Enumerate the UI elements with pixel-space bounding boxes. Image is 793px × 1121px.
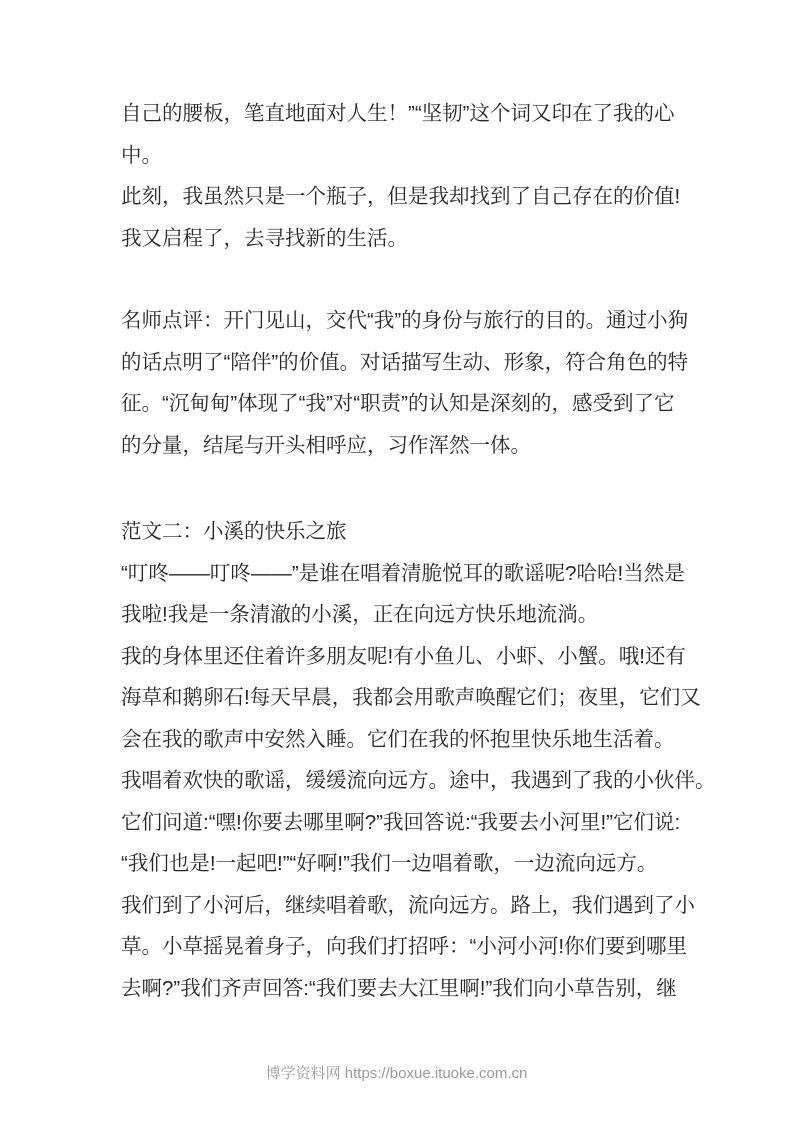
paragraph-essay1-ending: 自己的腰板，笔直地面对人生！”“坚韧”这个词又印在了我的心中。此刻，我虽然只是一… [121, 93, 681, 259]
paragraph-teacher-comment: 名师点评：开门见山，交代“我”的身份与旅行的目的。通过小狗的话点明了“陪伴”的价… [121, 300, 681, 466]
text-line: 的话点明了“陪伴”的价值。对话描写生动、形象，符合角色的特 [121, 342, 681, 384]
text-line: “叮咚——叮咚——”是谁在唱着清脆悦耳的歌谣呢?哈哈!当然是 [121, 553, 681, 595]
text-line: 我啦!我是一条清澈的小溪，正在向远方快乐地流淌。 [121, 594, 681, 636]
text-line: 的分量，结尾与开头相呼应，习作浑然一体。 [121, 425, 681, 467]
text-line: 中。 [121, 135, 681, 177]
text-line: 去啊?”我们齐声回答:“我们要去大江里啊!”我们向小草告别，继 [121, 968, 681, 1010]
text-line: 海草和鹅卵石!每天早晨，我都会用歌声唤醒它们；夜里，它们又 [121, 677, 681, 719]
text-line: 我的身体里还住着许多朋友呢!有小鱼儿、小虾、小蟹。哦!还有 [121, 636, 681, 678]
text-line: 自己的腰板，笔直地面对人生！”“坚韧”这个词又印在了我的心 [121, 93, 681, 135]
footer-watermark: 博学资料网 https://boxue.ituoke.com.cn [0, 1062, 793, 1086]
text-line: “我们也是!一起吧!”“好啊!”我们一边唱着歌，一边流向远方。 [121, 843, 681, 885]
text-line: 此刻，我虽然只是一个瓶子，但是我却找到了自己存在的价值! [121, 176, 681, 218]
text-line: 征。“沉甸甸”体现了“我”对“职责”的认知是深刻的，感受到了它 [121, 383, 681, 425]
section-essay2: 范文二：小溪的快乐之旅“叮咚——叮咚——”是谁在唱着清脆悦耳的歌谣呢?哈哈!当然… [121, 511, 681, 1009]
footer-url: https://boxue.ituoke.com.cn [345, 1065, 528, 1082]
text-line: 我又启程了，去寻找新的生活。 [121, 218, 681, 260]
text-line: 草。小草摇晃着身子，向我们打招呼：“小河小河!你们要到哪里 [121, 926, 681, 968]
text-line: 我们到了小河后，继续唱着歌，流向远方。路上，我们遇到了小 [121, 885, 681, 927]
footer-site-name: 博学资料网 [266, 1065, 341, 1082]
document-page: 自己的腰板，笔直地面对人生！”“坚韧”这个词又印在了我的心中。此刻，我虽然只是一… [0, 0, 793, 1121]
text-line: 名师点评：开门见山，交代“我”的身份与旅行的目的。通过小狗 [121, 300, 681, 342]
text-line: 我唱着欢快的歌谣，缓缓流向远方。途中，我遇到了我的小伙伴。 [121, 760, 681, 802]
text-line: 会在我的歌声中安然入睡。它们在我的怀抱里快乐地生活着。 [121, 719, 681, 761]
text-line: 范文二：小溪的快乐之旅 [121, 511, 681, 553]
text-line: 它们问道:“嘿!你要去哪里啊?”我回答说:“我要去小河里!”它们说: [121, 802, 681, 844]
